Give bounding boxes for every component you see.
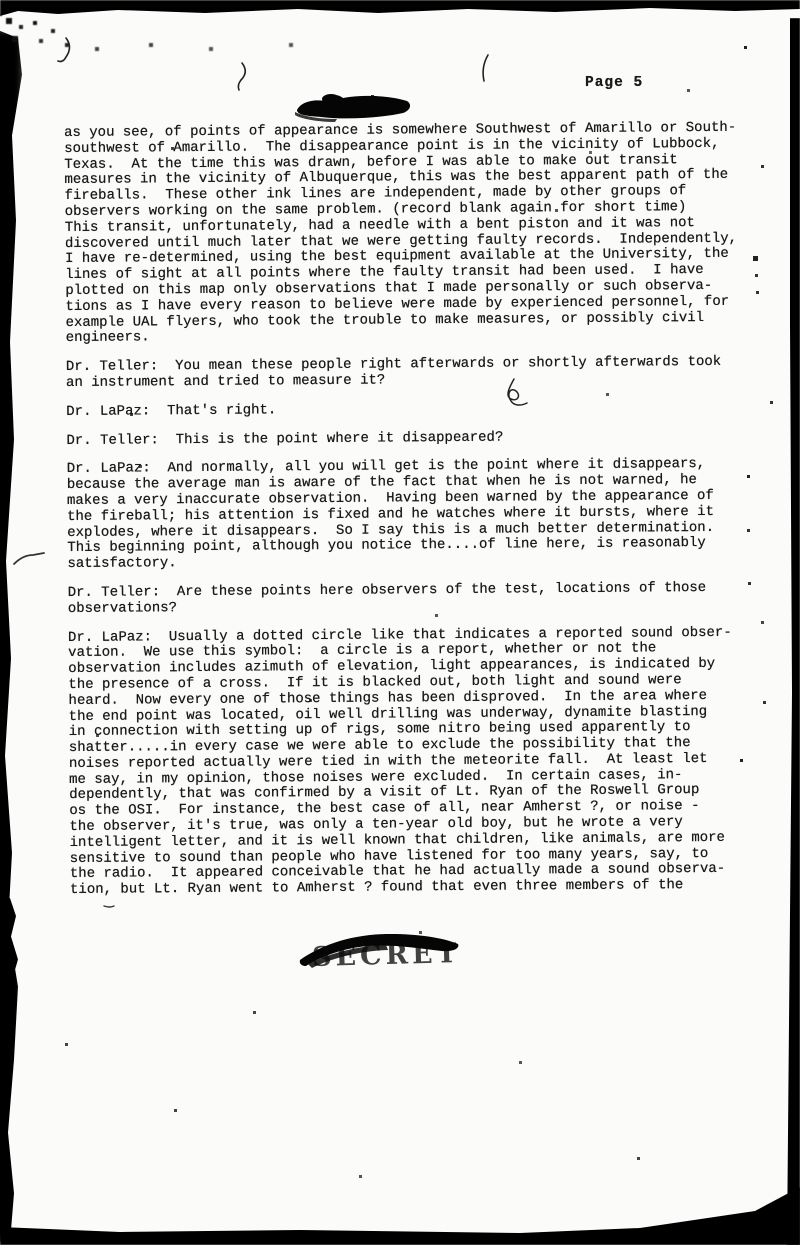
paragraph-lapaz-continued: as you see, of points of appearance is s… [64, 121, 766, 348]
paper-speckles [0, 0, 1, 1]
dialog-paragraph-teller-2: Dr. Teller: This is the point where it d… [66, 428, 766, 449]
dialog-paragraph-lapaz-3: Dr. LaPaz: Usually a dotted circle like … [68, 625, 770, 899]
scan-corner-speckles [0, 14, 2, 16]
ink-blob [291, 90, 415, 124]
scan-smudge-left [0, 26, 26, 1242]
dialog-paragraph-teller-1: Dr. Teller: You mean these people right … [66, 355, 766, 392]
scan-edge-right [784, 18, 800, 1245]
scanned-document-page: Page 5 as you see, of points of appearan… [0, 0, 800, 1245]
pen-mark [238, 63, 245, 90]
scan-edge-top [0, 0, 800, 16]
classification-stamp-crossed-out: SECRET [298, 928, 468, 980]
pen-mark [58, 38, 70, 62]
pen-mark [14, 553, 44, 564]
transcript-body: as you see, of points of appearance is s… [64, 121, 770, 913]
dialog-paragraph-lapaz-2: Dr. LaPaz: And normally, all you will ge… [67, 457, 768, 573]
ink-redaction-stamp-top [291, 90, 415, 124]
scan-edge-bottom [0, 1187, 800, 1245]
dialog-paragraph-lapaz-1: Dr. LaPaz: That's right. [66, 399, 766, 420]
dialog-paragraph-teller-3: Dr. Teller: Are these points here observ… [68, 580, 768, 617]
pen-mark [483, 55, 488, 81]
page-number: Page 5 [585, 75, 643, 91]
ink-scribble [298, 928, 468, 980]
